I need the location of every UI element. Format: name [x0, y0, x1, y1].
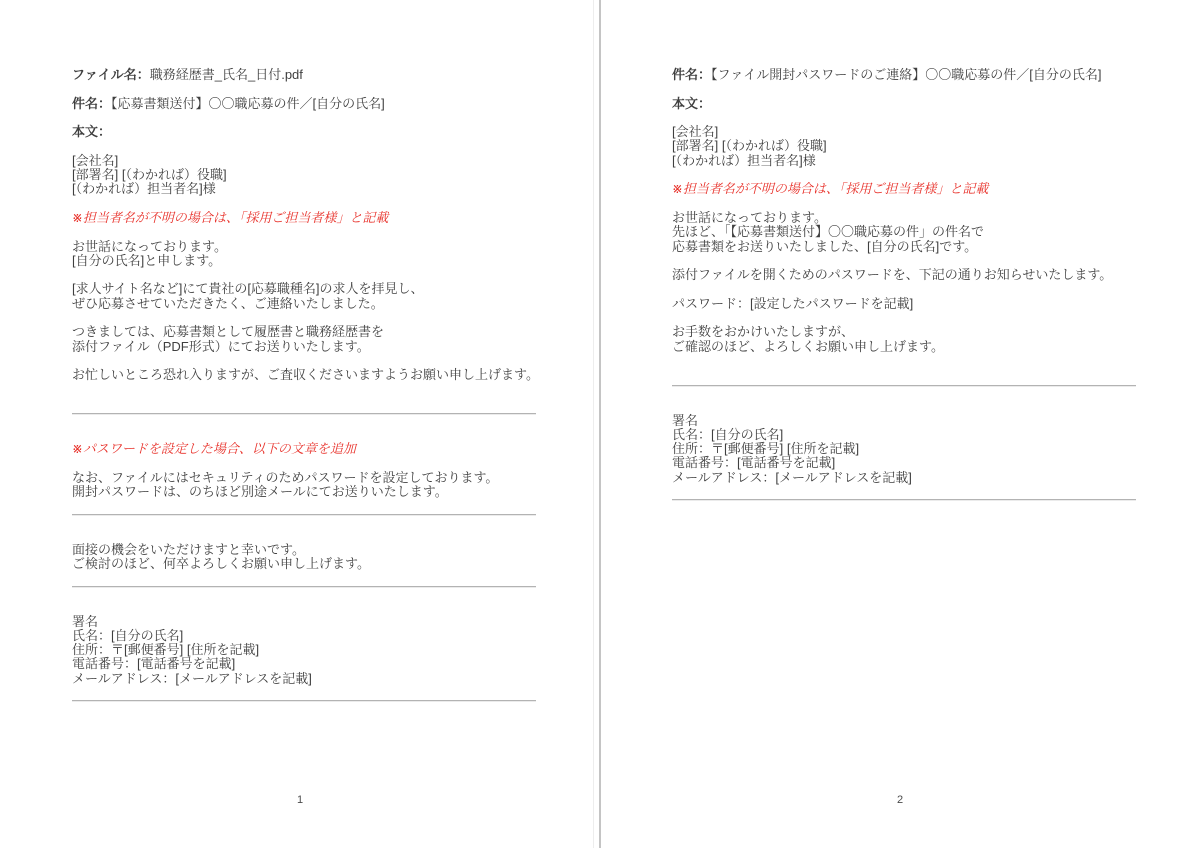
text-line: お忙しいところ恐れ入りますが、ご査収くださいますようお願い申し上げます。 — [72, 368, 536, 382]
text-line: [会社名] — [672, 125, 1136, 139]
paragraph: 件名：【ファイル開封パスワードのご連絡】〇〇職応募の件／[自分の氏名] — [672, 68, 1136, 82]
annotation-note: ※パスワードを設定した場合、以下の文章を追加 — [72, 442, 536, 456]
text-line: 添付ファイル（PDF形式）にてお送りいたします。 — [72, 340, 536, 354]
text-line: 面接の機会をいただけますと幸いです。 — [72, 543, 536, 557]
paragraph: [会社名][部署名] [（わかれば）役職][（わかれば）担当者名]様 — [672, 125, 1136, 168]
text-line: ※パスワードを設定した場合、以下の文章を追加 — [72, 442, 536, 456]
paragraph: お世話になっております。[自分の氏名]と申します。 — [72, 240, 536, 269]
text-line: ※担当者名が不明の場合は、「採用ご担当者様」と記載 — [72, 211, 536, 225]
paragraph: お忙しいところ恐れ入りますが、ご査収くださいますようお願い申し上げます。 — [72, 368, 536, 382]
text-line: [（わかれば）担当者名]様 — [672, 154, 1136, 168]
text-line: お世話になっております。 — [672, 211, 1136, 225]
text-line: お手数をおかけいたしますが、 — [672, 325, 1136, 339]
field-value: 【応募書類送付】〇〇職応募の件／[自分の氏名] — [111, 96, 385, 111]
text-line: [自分の氏名]と申します。 — [72, 254, 536, 268]
horizontal-rule — [672, 499, 1136, 501]
horizontal-rule — [72, 413, 536, 415]
paragraph: 件名：【応募書類送付】〇〇職応募の件／[自分の氏名] — [72, 97, 536, 111]
blank-line — [72, 397, 536, 411]
text-line: 住所：〒[郵便番号] [住所を記載] — [672, 442, 1136, 456]
page-2: 件名：【ファイル開封パスワードのご連絡】〇〇職応募の件／[自分の氏名]本文：[会… — [600, 0, 1200, 848]
paragraph: 署名氏名：[自分の氏名]住所：〒[郵便番号] [住所を記載]電話番号：[電話番号… — [72, 615, 536, 686]
field-label: 件名： — [672, 67, 711, 82]
field-value: 【ファイル開封パスワードのご連絡】〇〇職応募の件／[自分の氏名] — [711, 67, 1101, 82]
page-number: 1 — [0, 794, 600, 806]
paragraph: つきましては、応募書類として履歴書と職務経歴書を添付ファイル（PDF形式）にてお… — [72, 325, 536, 354]
text-line: [部署名] [（わかれば）役職] — [72, 168, 536, 182]
text-line: [（わかれば）担当者名]様 — [72, 182, 536, 196]
blank-line — [672, 368, 1136, 382]
text-line: 電話番号：[電話番号を記載] — [72, 657, 536, 671]
text-line: 署名 — [672, 414, 1136, 428]
text-line: 氏名：[自分の氏名] — [72, 629, 536, 643]
paragraph: 本文： — [672, 97, 1136, 111]
text-line: [求人サイト名など]にて貴社の[応募職種名]の求人を拝見し、 — [72, 282, 536, 296]
paragraph: お世話になっております。先ほど、「【応募書類送付】〇〇職応募の件」の件名で応募書… — [672, 211, 1136, 254]
text-line: ご確認のほど、よろしくお願い申し上げます。 — [672, 340, 1136, 354]
paragraph: 署名氏名：[自分の氏名]住所：〒[郵便番号] [住所を記載]電話番号：[電話番号… — [672, 414, 1136, 485]
text-line: 応募書類をお送りいたしました、[自分の氏名]です。 — [672, 240, 1136, 254]
annotation-note: ※担当者名が不明の場合は、「採用ご担当者様」と記載 — [72, 211, 536, 225]
text-line: ぜひ応募させていただきたく、ご連絡いたしました。 — [72, 297, 536, 311]
text-line: [部署名] [（わかれば）役職] — [672, 139, 1136, 153]
paragraph: [会社名][部署名] [（わかれば）役職][（わかれば）担当者名]様 — [72, 154, 536, 197]
paragraph: [求人サイト名など]にて貴社の[応募職種名]の求人を拝見し、ぜひ応募させていただ… — [72, 282, 536, 311]
text-line: 開封パスワードは、のちほど別途メールにてお送りいたします。 — [72, 485, 536, 499]
horizontal-rule — [672, 385, 1136, 387]
field-label: 本文： — [72, 124, 111, 139]
paragraph: お手数をおかけいたしますが、ご確認のほど、よろしくお願い申し上げます。 — [672, 325, 1136, 354]
paragraph: 面接の機会をいただけますと幸いです。ご検討のほど、何卒よろしくお願い申し上げます… — [72, 543, 536, 572]
page-gap-divider — [599, 0, 601, 848]
page-content: ファイル名：職務経歴書_氏名_日付.pdf件名：【応募書類送付】〇〇職応募の件／… — [0, 0, 600, 702]
annotation-note: ※担当者名が不明の場合は、「採用ご担当者様」と記載 — [672, 182, 1136, 196]
page-1: ファイル名：職務経歴書_氏名_日付.pdf件名：【応募書類送付】〇〇職応募の件／… — [0, 0, 600, 848]
text-line: なお、ファイルにはセキュリティのためパスワードを設定しております。 — [72, 471, 536, 485]
page-content: 件名：【ファイル開封パスワードのご連絡】〇〇職応募の件／[自分の氏名]本文：[会… — [600, 0, 1200, 501]
field-label: 本文： — [672, 96, 711, 111]
text-line: 氏名：[自分の氏名] — [672, 428, 1136, 442]
text-line: ※担当者名が不明の場合は、「採用ご担当者様」と記載 — [672, 182, 1136, 196]
page-edge-shadow — [593, 0, 594, 848]
paragraph: ファイル名：職務経歴書_氏名_日付.pdf — [72, 68, 536, 82]
text-line: メールアドレス：[メールアドレスを記載] — [72, 672, 536, 686]
text-line: 住所：〒[郵便番号] [住所を記載] — [72, 643, 536, 657]
paragraph: なお、ファイルにはセキュリティのためパスワードを設定しております。開封パスワード… — [72, 471, 536, 500]
text-line: [会社名] — [72, 154, 536, 168]
text-line: 署名 — [72, 615, 536, 629]
paragraph: パスワード：[設定したパスワードを記載] — [672, 297, 1136, 311]
text-line: パスワード：[設定したパスワードを記載] — [672, 297, 1136, 311]
field-value: 職務経歴書_氏名_日付.pdf — [150, 67, 303, 82]
page-number: 2 — [600, 794, 1200, 806]
text-line: 電話番号：[電話番号を記載] — [672, 456, 1136, 470]
text-line: 先ほど、「【応募書類送付】〇〇職応募の件」の件名で — [672, 225, 1136, 239]
paragraph: 本文： — [72, 125, 536, 139]
horizontal-rule — [72, 700, 536, 702]
text-line: お世話になっております。 — [72, 240, 536, 254]
field-label: ファイル名： — [72, 67, 150, 82]
field-label: 件名： — [72, 96, 111, 111]
horizontal-rule — [72, 514, 536, 516]
text-line: 添付ファイルを開くためのパスワードを、下記の通りお知らせいたします。 — [672, 268, 1136, 282]
text-line: ご検討のほど、何卒よろしくお願い申し上げます。 — [72, 557, 536, 571]
text-line: メールアドレス：[メールアドレスを記載] — [672, 471, 1136, 485]
horizontal-rule — [72, 586, 536, 588]
paragraph: 添付ファイルを開くためのパスワードを、下記の通りお知らせいたします。 — [672, 268, 1136, 282]
text-line: つきましては、応募書類として履歴書と職務経歴書を — [72, 325, 536, 339]
